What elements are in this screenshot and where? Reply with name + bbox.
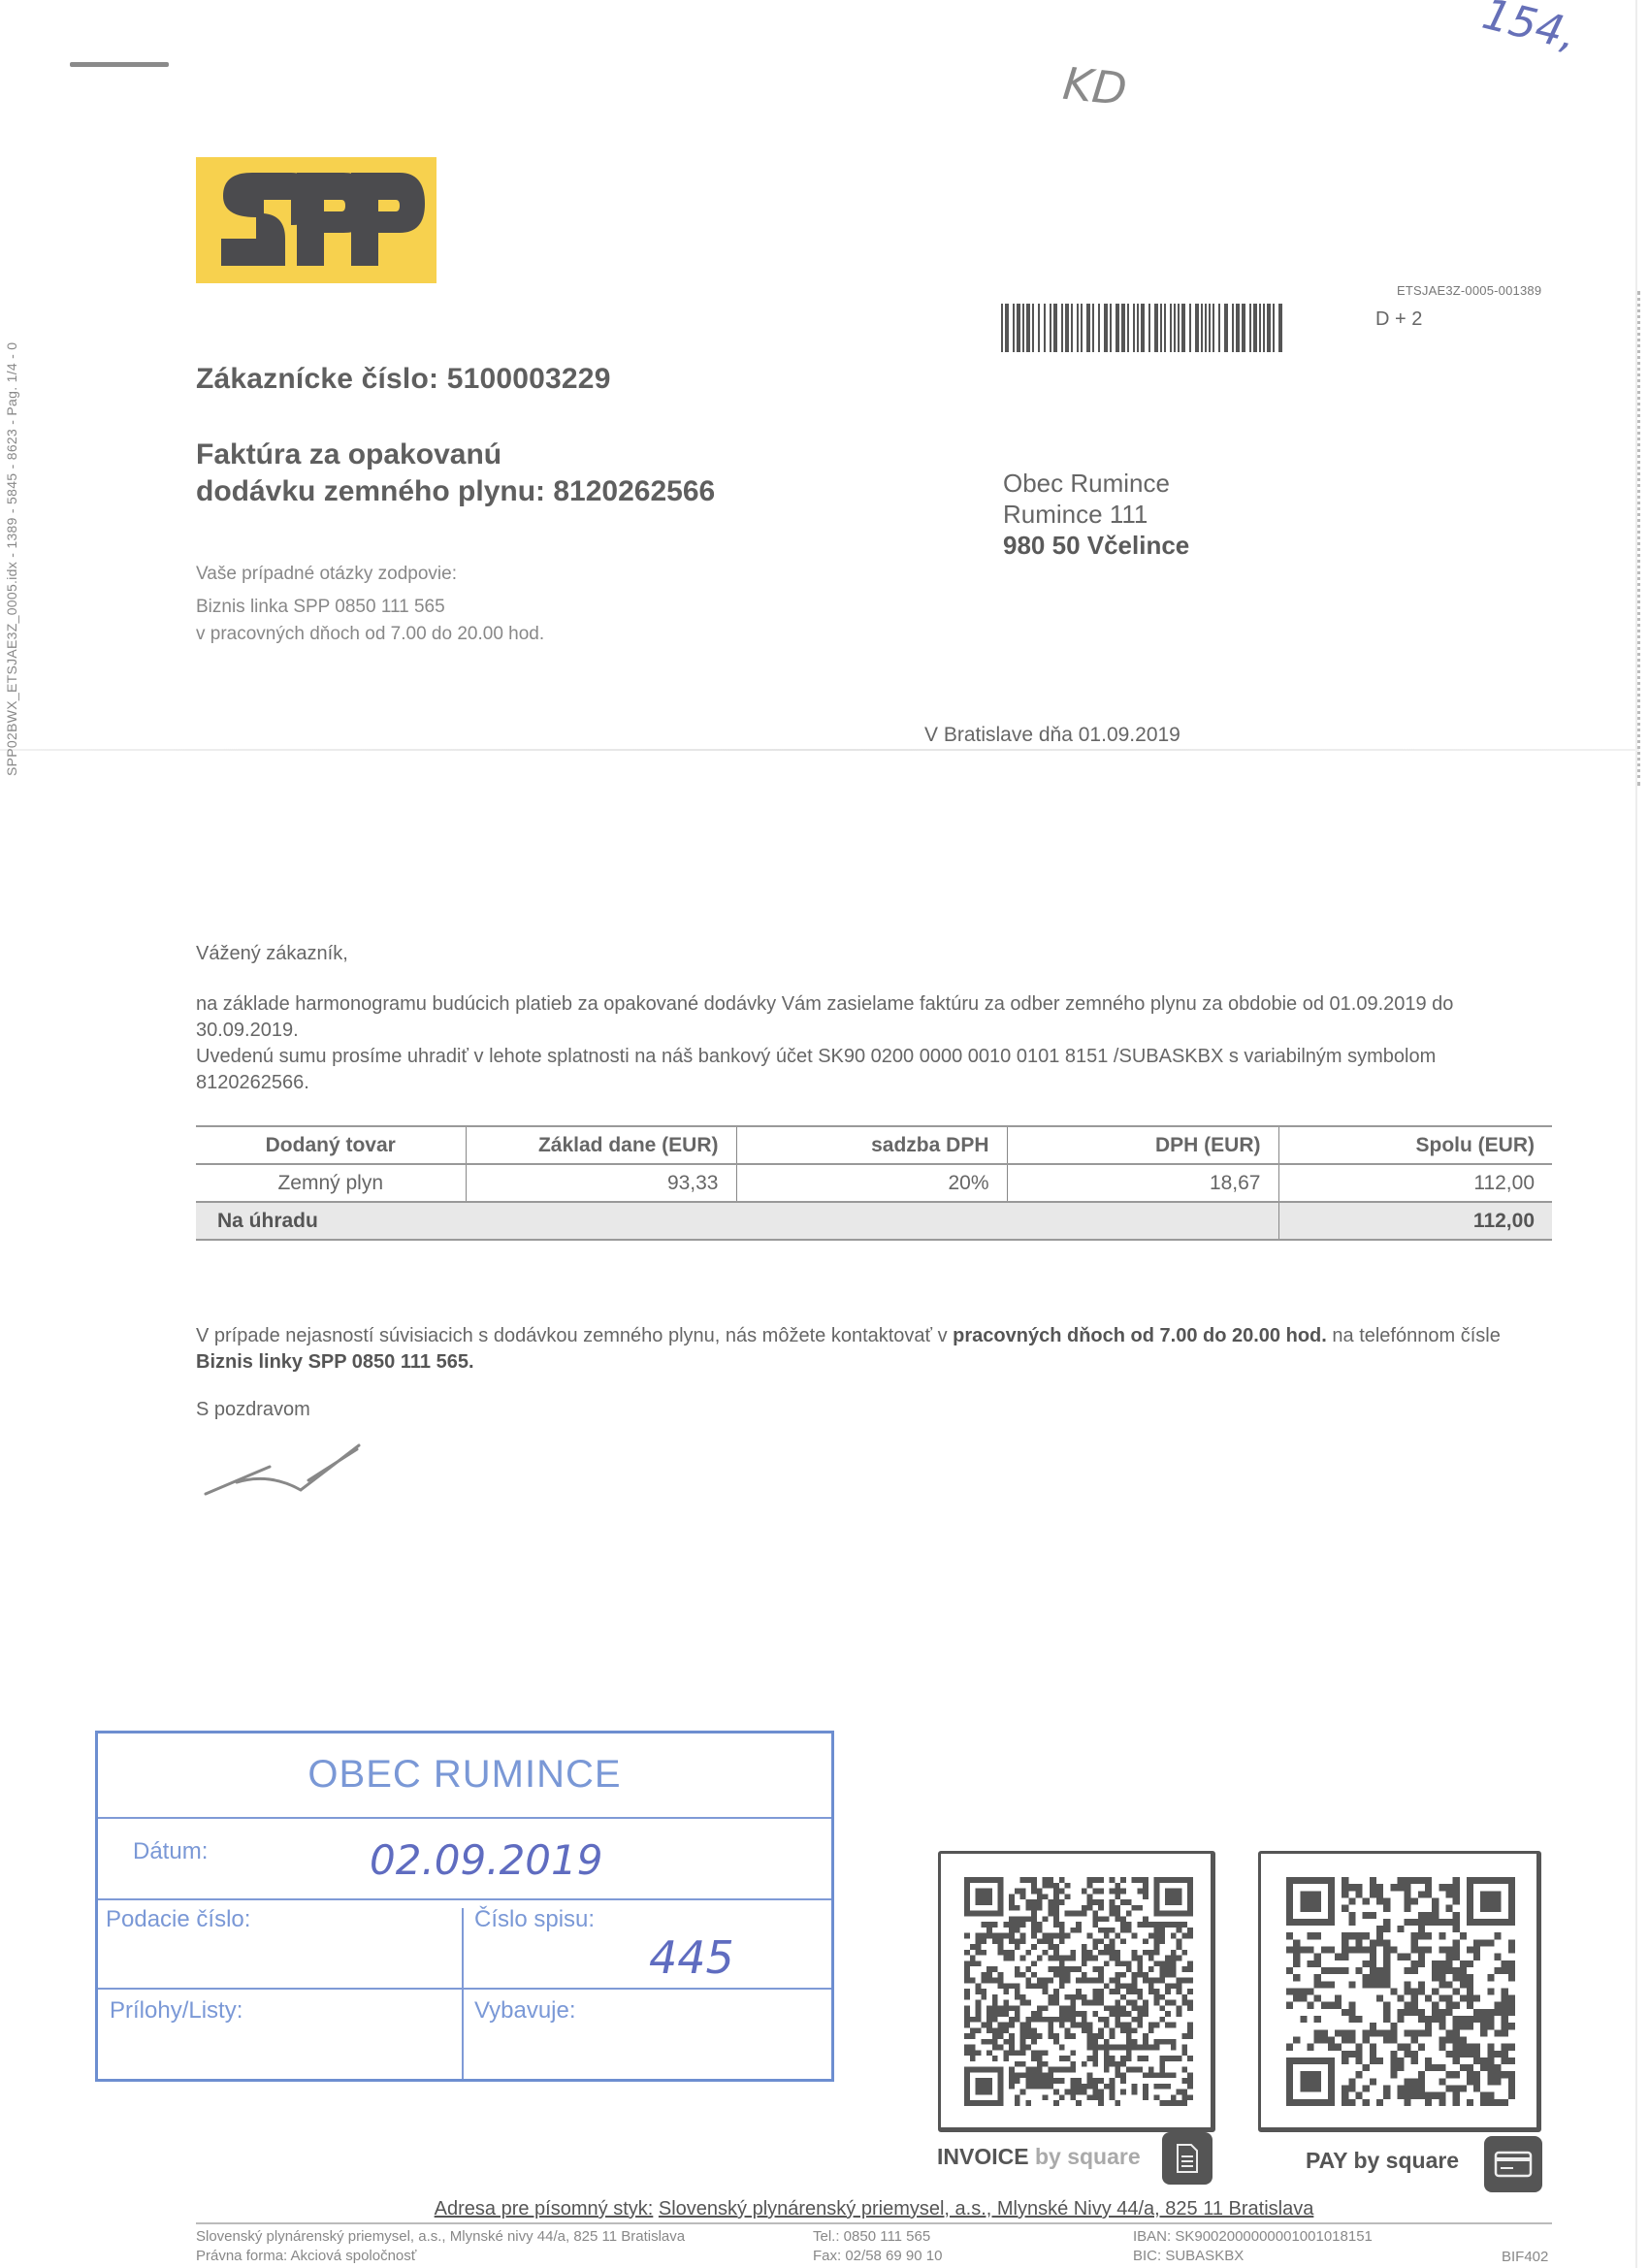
footer-fax: Fax: 02/58 69 90 10 bbox=[813, 2247, 942, 2266]
stamp-divider bbox=[98, 1988, 831, 1990]
para2-hours: pracovných dňoch od 7.00 do 20.00 hod. bbox=[953, 1325, 1327, 1346]
stamp-divider-vertical bbox=[462, 1908, 464, 2079]
letter-payment-instructions: Uvedenú sumu prosíme uhradiť v lehote sp… bbox=[196, 1044, 1554, 1096]
footer-tel: Tel.: 0850 111 565 bbox=[813, 2227, 942, 2247]
footer-address: Slovenský plynárenský priemysel, a.s., M… bbox=[659, 2198, 1313, 2219]
stamp-file-number-value: 445 bbox=[649, 1931, 734, 1984]
invoice-qr-code bbox=[964, 1877, 1193, 2106]
recipient-address: Obec Rumince Rumince 111 980 50 Včelince bbox=[1003, 468, 1189, 561]
cell-vat-rate: 20% bbox=[736, 1164, 1007, 1202]
table-row: Zemný plyn 93,33 20% 18,67 112,00 bbox=[196, 1164, 1552, 1202]
cell-total: 112,00 bbox=[1278, 1164, 1552, 1202]
greeting: Vážený zákazník, bbox=[196, 941, 1554, 967]
table-header-row: Dodaný tovar Základ dane (EUR) sadzba DP… bbox=[196, 1126, 1552, 1164]
delivery-code: D + 2 bbox=[1375, 308, 1422, 331]
footer-bank: IBAN: SK9002000000001001018151 BIC: SUBA… bbox=[1133, 2227, 1373, 2266]
total-label: Na úhradu bbox=[196, 1202, 1278, 1240]
pay-qr-code bbox=[1284, 1877, 1517, 2106]
invoice-title-line2: dodávku zemného plynu: bbox=[196, 475, 545, 507]
col-header-vat: DPH (EUR) bbox=[1007, 1126, 1278, 1164]
total-row: Na úhradu 112,00 bbox=[196, 1202, 1552, 1240]
recipient-street: Rumince 111 bbox=[1003, 499, 1189, 530]
col-header-goods: Dodaný tovar bbox=[196, 1126, 466, 1164]
stamp-divider bbox=[98, 1898, 831, 1900]
footer-phone: Tel.: 0850 111 565 Fax: 02/58 69 90 10 bbox=[813, 2227, 942, 2266]
fold-line bbox=[0, 749, 1639, 751]
pay-by-square-label: PAY by square bbox=[1306, 2148, 1459, 2174]
customer-number-value: 5100003229 bbox=[447, 363, 611, 395]
recipient-name: Obec Rumince bbox=[1003, 468, 1189, 499]
letter-paragraph-1: na základe harmonogramu budúcich platieb… bbox=[196, 991, 1554, 1096]
pay-qr-frame bbox=[1258, 1851, 1541, 2132]
cell-goods: Zemný plyn bbox=[196, 1164, 466, 1202]
place-date: V Bratislave dňa 01.09.2019 bbox=[924, 724, 1180, 747]
invoice-by-square-label: INVOICE by square bbox=[937, 2144, 1141, 2170]
footer-bic: BIC: SUBASKBX bbox=[1133, 2247, 1373, 2266]
invoice-table: Dodaný tovar Základ dane (EUR) sadzba DP… bbox=[196, 1125, 1552, 1241]
handwritten-initials: KD bbox=[1060, 57, 1129, 116]
footer-form-code: BIF402 bbox=[1502, 2248, 1548, 2267]
para2-text-mid: na telefónnom čísle bbox=[1327, 1325, 1501, 1346]
col-header-total: Spolu (EUR) bbox=[1278, 1126, 1552, 1164]
recipient-city: 980 50 Včelince bbox=[1003, 530, 1189, 561]
customer-number: Zákaznícke číslo: 5100003229 bbox=[196, 363, 611, 396]
col-header-vat-rate: sadzba DPH bbox=[736, 1126, 1007, 1164]
stamp-file-number-label: Číslo spisu: bbox=[474, 1906, 595, 1933]
cell-vat: 18,67 bbox=[1007, 1164, 1278, 1202]
footer-legal-form: Právna forma: Akciová spoločnosť bbox=[196, 2247, 685, 2266]
invoice-label: INVOICE bbox=[937, 2144, 1029, 2169]
col-header-tax-base: Základ dane (EUR) bbox=[466, 1126, 736, 1164]
signature bbox=[202, 1443, 367, 1511]
footer-company: Slovenský plynárenský priemysel, a.s., M… bbox=[196, 2227, 685, 2266]
perforation-mark bbox=[1637, 291, 1640, 786]
invoice-title-line1: Faktúra za opakovanú bbox=[196, 437, 715, 473]
footer-address-label: Adresa pre písomný styk: bbox=[435, 2198, 654, 2219]
invoice-qr-frame bbox=[938, 1851, 1215, 2132]
card-icon bbox=[1484, 2136, 1542, 2192]
para2-phone: Biznis linky SPP 0850 111 565. bbox=[196, 1351, 474, 1373]
footer-iban: IBAN: SK9002000000001001018151 bbox=[1133, 2227, 1373, 2247]
registry-stamp: OBEC RUMINCE Dátum: 02.09.2019 Podacie č… bbox=[95, 1731, 834, 2082]
stamp-attachments-label: Prílohy/Listy: bbox=[110, 1997, 242, 2025]
spp-logo-icon bbox=[196, 157, 436, 283]
total-value: 112,00 bbox=[1278, 1202, 1552, 1240]
cell-tax-base: 93,33 bbox=[466, 1164, 736, 1202]
customer-number-label: Zákaznícke číslo: bbox=[196, 363, 438, 395]
barcode bbox=[1001, 304, 1298, 352]
handwritten-number: 154, bbox=[1477, 0, 1581, 60]
side-document-code: SPP02BWX_ETSJAE3Z_0005.idx - 1389 - 5845… bbox=[4, 342, 19, 776]
staple-mark bbox=[70, 62, 169, 67]
footer-correspondence-address: Adresa pre písomný styk: Slovenský plyná… bbox=[196, 2198, 1552, 2224]
footer-company-name: Slovenský plynárenský priemysel, a.s., M… bbox=[196, 2227, 685, 2247]
contact-info: Vaše prípadné otázky zodpovie: Biznis li… bbox=[196, 561, 544, 648]
contact-hours: v pracovných dňoch od 7.00 do 20.00 hod. bbox=[196, 621, 544, 648]
contact-intro: Vaše prípadné otázky zodpovie: bbox=[196, 561, 544, 588]
stamp-handled-by-label: Vybavuje: bbox=[474, 1997, 576, 2025]
spp-logo bbox=[196, 157, 436, 283]
closing: S pozdravom bbox=[196, 1397, 1554, 1423]
invoice-number: 8120262566 bbox=[553, 475, 715, 507]
stamp-filing-number-label: Podacie číslo: bbox=[106, 1906, 250, 1933]
contact-phone: Biznis linka SPP 0850 111 565 bbox=[196, 594, 544, 621]
document-icon bbox=[1162, 2132, 1212, 2185]
letter-billing-period: na základe harmonogramu budúcich platieb… bbox=[196, 991, 1554, 1044]
stamp-divider bbox=[98, 1817, 831, 1819]
invoice-title: Faktúra za opakovanú dodávku zemného ply… bbox=[196, 437, 715, 510]
document-reference: ETSJAE3Z-0005-001389 bbox=[1397, 283, 1541, 298]
stamp-date-value: 02.09.2019 bbox=[370, 1836, 602, 1884]
para2-text-start: V prípade nejasností súvisiacich s dodáv… bbox=[196, 1325, 953, 1346]
stamp-date-label: Dátum: bbox=[133, 1838, 208, 1865]
stamp-title: OBEC RUMINCE bbox=[98, 1753, 831, 1797]
letter-paragraph-2: V prípade nejasností súvisiacich s dodáv… bbox=[196, 1323, 1554, 1376]
by-square-label: by square bbox=[1035, 2144, 1141, 2169]
